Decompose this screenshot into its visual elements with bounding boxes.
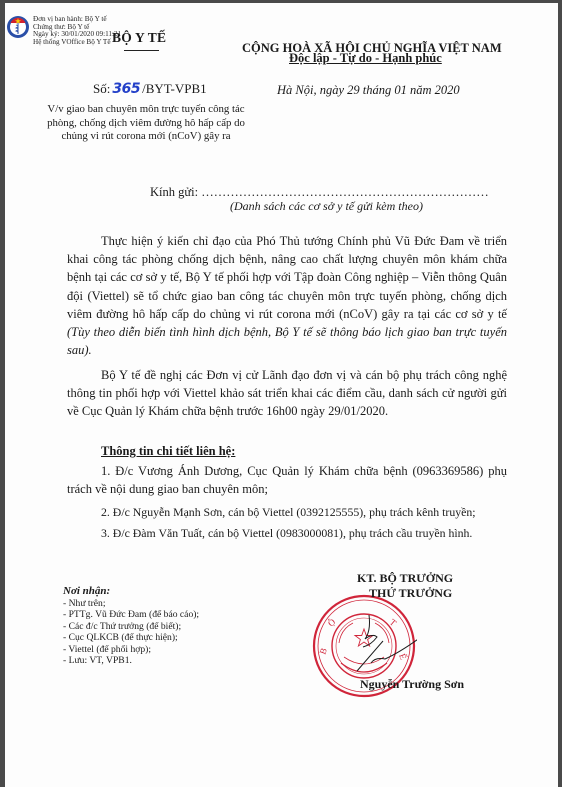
signer-name: Nguyễn Trường Sơn (360, 677, 464, 692)
recipient-item: - Lưu: VT, VPB1. (63, 655, 199, 666)
document-page: Đơn vị ban hành: Bộ Y tế Chứng thư: Bộ Y… (5, 3, 558, 787)
svg-text:Ế: Ế (397, 652, 408, 661)
doc-number-handwritten: 365 (112, 81, 140, 97)
digital-signature-info: Đơn vị ban hành: Bộ Y tế Chứng thư: Bộ Y… (33, 16, 121, 46)
paragraph-1-main: Thực hiện ý kiến chỉ đạo của Phó Thủ tướ… (67, 234, 507, 321)
recipient-item: - Viettel (để phối hợp); (63, 644, 199, 655)
doc-number-prefix: Số: (93, 81, 110, 96)
doc-number-suffix: /BYT-VPB1 (142, 81, 207, 96)
body-paragraph-2: Bộ Y tế đề nghị các Đơn vị cử Lãnh đạo đ… (67, 366, 507, 421)
svg-text:Ộ: Ộ (326, 616, 338, 628)
ministry-of-health-logo-icon (6, 13, 30, 41)
signature-system: Hệ thống VOffice Bộ Y Tế (33, 39, 121, 47)
recipients-list: - Như trên; - PTTg. Vũ Đức Đam (để báo c… (63, 598, 199, 666)
contact-item-2: 2. Đ/c Nguyễn Mạnh Sơn, cán bộ Viettel (… (101, 505, 476, 520)
organization-underline (124, 50, 159, 51)
document-number: Số:365/BYT-VPB1 (93, 81, 207, 97)
recipient-item: - Các đ/c Thứ trưởng (để biết); (63, 621, 199, 632)
national-motto: Độc lập - Tự do - Hạnh phúc (289, 51, 442, 66)
body-paragraph-1: Thực hiện ý kiến chỉ đạo của Phó Thủ tướ… (67, 232, 507, 359)
recipient-item: - Cục QLKCB (để thực hiện); (63, 632, 199, 643)
contacts-heading: Thông tin chi tiết liên hệ: (101, 444, 235, 459)
svg-text:B: B (317, 647, 328, 656)
recipient-item: - Như trên; (63, 598, 199, 609)
contact-item-3: 3. Đ/c Đàm Văn Tuất, cán bộ Viettel (098… (101, 526, 472, 541)
document-subject: V/v giao ban chuyên môn trực tuyến công … (41, 103, 251, 144)
addressee-note: (Danh sách các cơ sở y tế gửi kèm theo) (230, 199, 423, 214)
signature-title-1: KT. BỘ TRƯỞNG (357, 571, 453, 586)
paragraph-1-note: (Tùy theo diễn biến tình hình dịch bệnh,… (67, 325, 507, 357)
date-line: Hà Nội, ngày 29 tháng 01 năm 2020 (277, 83, 460, 98)
addressee-label: Kính gửi: …………………………………………………………… (150, 185, 489, 200)
recipient-item: - PTTg. Vũ Đức Đam (để báo cáo); (63, 609, 199, 620)
recipients-heading: Nơi nhận: (63, 585, 110, 597)
organization-name: BỘ Y TẾ (112, 30, 166, 46)
contact-item-1: 1. Đ/c Vương Ánh Dương, Cục Quản lý Khám… (67, 462, 507, 498)
signature-title-2: THỨ TRƯỞNG (369, 586, 452, 601)
